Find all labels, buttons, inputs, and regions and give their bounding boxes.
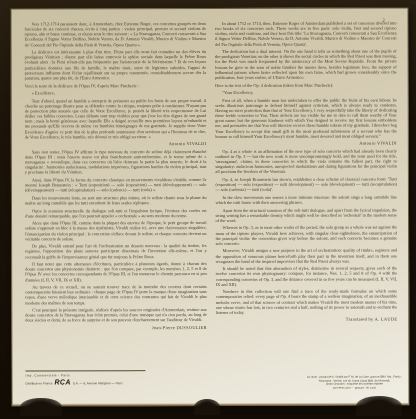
- liner-notes-french-column: Vers 1712-1714 paraissent donc, à Amster…: [25, 21, 207, 333]
- paragraph: Apart from the structural scansion of th…: [216, 207, 398, 223]
- artwork-credits: Au recto : portrait de A. Vivaldi par F.…: [299, 375, 409, 390]
- paragraph: Au travers de ce recueil, on ne saurait …: [25, 284, 207, 305]
- distribution-line: Distribué en France RCA S.A. — 9, Avenue…: [25, 379, 157, 386]
- distributor-prefix: Distribué en France: [25, 381, 52, 385]
- imprint-block: Imp. Commerciale - Paris Distribué en Fr…: [25, 370, 157, 386]
- liner-notes-english-column: In about 1712 or 1714, then, Estienne Ro…: [215, 21, 397, 333]
- french-dedication-body: Tout d'abord, quand un humble a entrepri…: [25, 98, 207, 140]
- mounting-clip-shadow-left: [20, 398, 62, 416]
- french-body-paragraphs: Sans rien renier, l'Opus IV affirme le t…: [25, 149, 207, 323]
- paragraph: C'est pourquoi la présente intégrale, ré…: [25, 307, 207, 323]
- album-back-cover: 2 Vers 1712-1714 paraissent donc, à Amst…: [10, 7, 409, 406]
- printer-credit: Imp. Commerciale - Paris: [25, 373, 157, 377]
- vivaldi-signature-french: Antonio VIVALDI: [25, 141, 207, 147]
- vivaldi-signature-english: Antonio VIVALDI: [215, 141, 397, 147]
- photo-of-album-back: { "colors": { "frame": "#1b1309", "cover…: [0, 0, 416, 419]
- french-dedication-salutation: « Excellence,: [25, 90, 207, 96]
- distributor-suffix: S.A. — 9, Avenue Matignon — Paris: [73, 381, 123, 385]
- author-signature: Jean-Pierre DUSSOULIER: [25, 325, 207, 331]
- paragraph: In the slow movements one senses a more …: [215, 194, 397, 205]
- paragraph: The dedication has a dual interest. On t…: [215, 49, 397, 80]
- paragraph: Vers 1712-1714 paraissent donc, à Amster…: [25, 21, 207, 47]
- paragraph: Sans rien renier, l'Opus IV affirme le t…: [25, 149, 207, 175]
- english-dedication-intro: Here is the text of the Op. 4 dedication…: [215, 82, 397, 88]
- english-body-paragraphs: Op. 4 as a whole is an affirmation of th…: [215, 148, 397, 315]
- paragraph: par Henri Lorin — gravure : W. Lorin: [299, 386, 409, 390]
- english-dedication-salutation: "Your Excellency,: [215, 90, 397, 96]
- paragraph: It should be noted that this alternation…: [216, 266, 398, 287]
- paragraph: Alors que dans l'Opus III, comme dans la…: [25, 220, 207, 241]
- english-intro-paragraphs: In about 1712 or 1714, then, Estienne Ro…: [215, 21, 397, 81]
- paragraph: Nowhere in this collection will one find…: [216, 289, 398, 315]
- paragraph: Op. 4 as a whole is an affirmation of th…: [215, 148, 397, 174]
- french-dedication-intro: Voici le texte de la dédicace de l'Opus …: [25, 83, 207, 89]
- imprint-rule: [25, 370, 145, 371]
- english-dedication-body: First of all, when a humble man has unde…: [215, 97, 397, 139]
- translator-credit: Translated by A. LAUDE: [216, 317, 398, 323]
- paragraph: Il faut noter que cette alternance d'écr…: [25, 261, 207, 282]
- liner-notes: Vers 1712-1714 paraissent donc, à Amster…: [25, 21, 398, 334]
- paragraph: Moreover, Vivaldi assigns a new purpose …: [216, 248, 398, 264]
- paragraph: Ainsi, dans l'Opus IV, la forme du conce…: [25, 177, 207, 193]
- photo-backdrop: 2 Vers 1712-1714 paraissent donc, à Amst…: [0, 0, 416, 419]
- paragraph: De plus, Vivaldi entend pour l'art de l'…: [25, 243, 207, 259]
- paragraph: Dans les mouvements lents, on sent une s…: [25, 195, 207, 206]
- paragraph: Whereas in Op. 3, as in most other works…: [216, 225, 398, 246]
- paragraph: La dédicace est intéressante à plus d'un…: [25, 49, 207, 80]
- paragraph: Outre la scansion structurelle du dialog…: [25, 208, 207, 219]
- french-intro-paragraphs: Vers 1712-1714 paraissent donc, à Amster…: [25, 21, 207, 81]
- mounting-clip-shadow-right: [356, 396, 402, 416]
- paragraph: In about 1712 or 1714, then, Estienne Ro…: [215, 21, 397, 47]
- paragraph: Op. 4, as Joseph Braunstein has shown, e…: [215, 176, 397, 192]
- rca-logo: RCA: [54, 379, 70, 386]
- mounting-clip-shadow-center: [194, 399, 220, 415]
